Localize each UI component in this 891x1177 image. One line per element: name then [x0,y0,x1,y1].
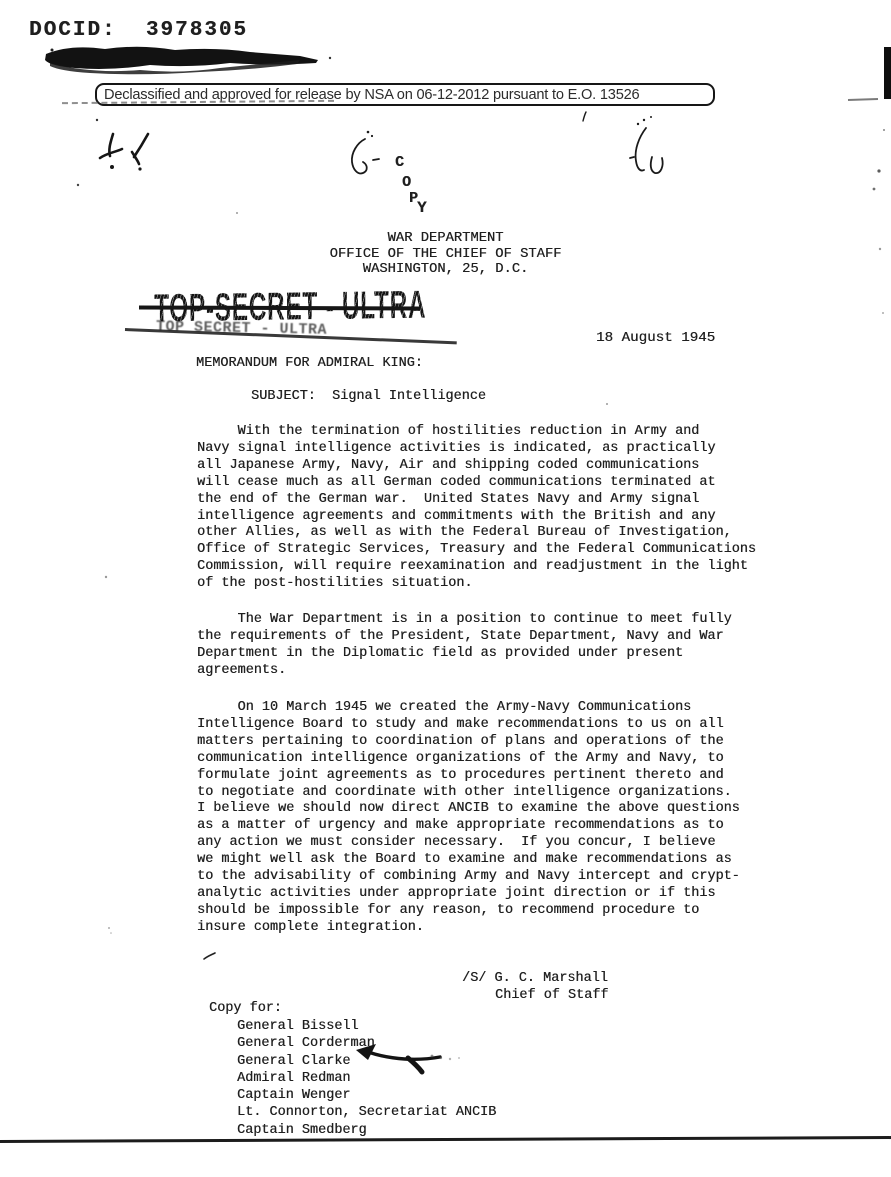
subject-line: SUBJECT: Signal Intelligence [251,389,486,404]
scanned-memo-page: DOCID: 3978305 Declassified and approved… [0,0,891,1177]
copy-for-name: Lt. Connorton, Secretariat ANCIB [237,1104,496,1121]
letterhead-office: OFFICE OF THE CHIEF OF STAFF [0,247,891,262]
copy-for-name: Captain Smedberg [237,1122,496,1139]
docid-label: DOCID: 3978305 [29,19,248,42]
copy-for-name: General Clarke [237,1053,496,1070]
copy-for-name: General Bissell [237,1018,496,1035]
pen-tick [204,953,215,959]
copy-for-name: Captain Wenger [237,1087,496,1104]
ink-smudge [45,47,331,75]
letterhead-department: WAR DEPARTMENT [0,231,891,246]
page-bottom-rule [0,1136,891,1143]
body-paragraph: The War Department is in a position to c… [197,612,732,680]
body-paragraph: On 10 March 1945 we created the Army-Nav… [197,700,740,937]
copy-for-name: Admiral Redman [237,1070,496,1087]
scan-edge-artifact [884,47,891,99]
copy-marking-letter: Y [417,199,427,217]
memorandum-for-line: MEMORANDUM FOR ADMIRAL KING: [196,356,423,371]
copy-marking-letter: C [395,154,404,171]
declassification-banner-text: Declassified and approved for release by… [104,87,639,103]
handwritten-check-marks [77,119,148,186]
handwritten-initial-center [352,112,586,173]
copy-for-list: General Bissell General Corderman Genera… [237,1018,496,1139]
handwritten-initial-right [630,116,663,173]
copy-for-label: Copy for: [209,1001,282,1016]
copy-for-name: General Corderman [237,1035,496,1052]
signature-title: Chief of Staff [495,988,608,1003]
signature-line: /S/ G. C. Marshall [462,971,608,986]
letterhead-city: WASHINGTON, 25, D.C. [0,262,891,277]
memo-date: 18 August 1945 [596,330,715,346]
body-paragraph: With the termination of hostilities redu… [197,424,756,593]
copy-marking-letter: O [402,174,411,191]
